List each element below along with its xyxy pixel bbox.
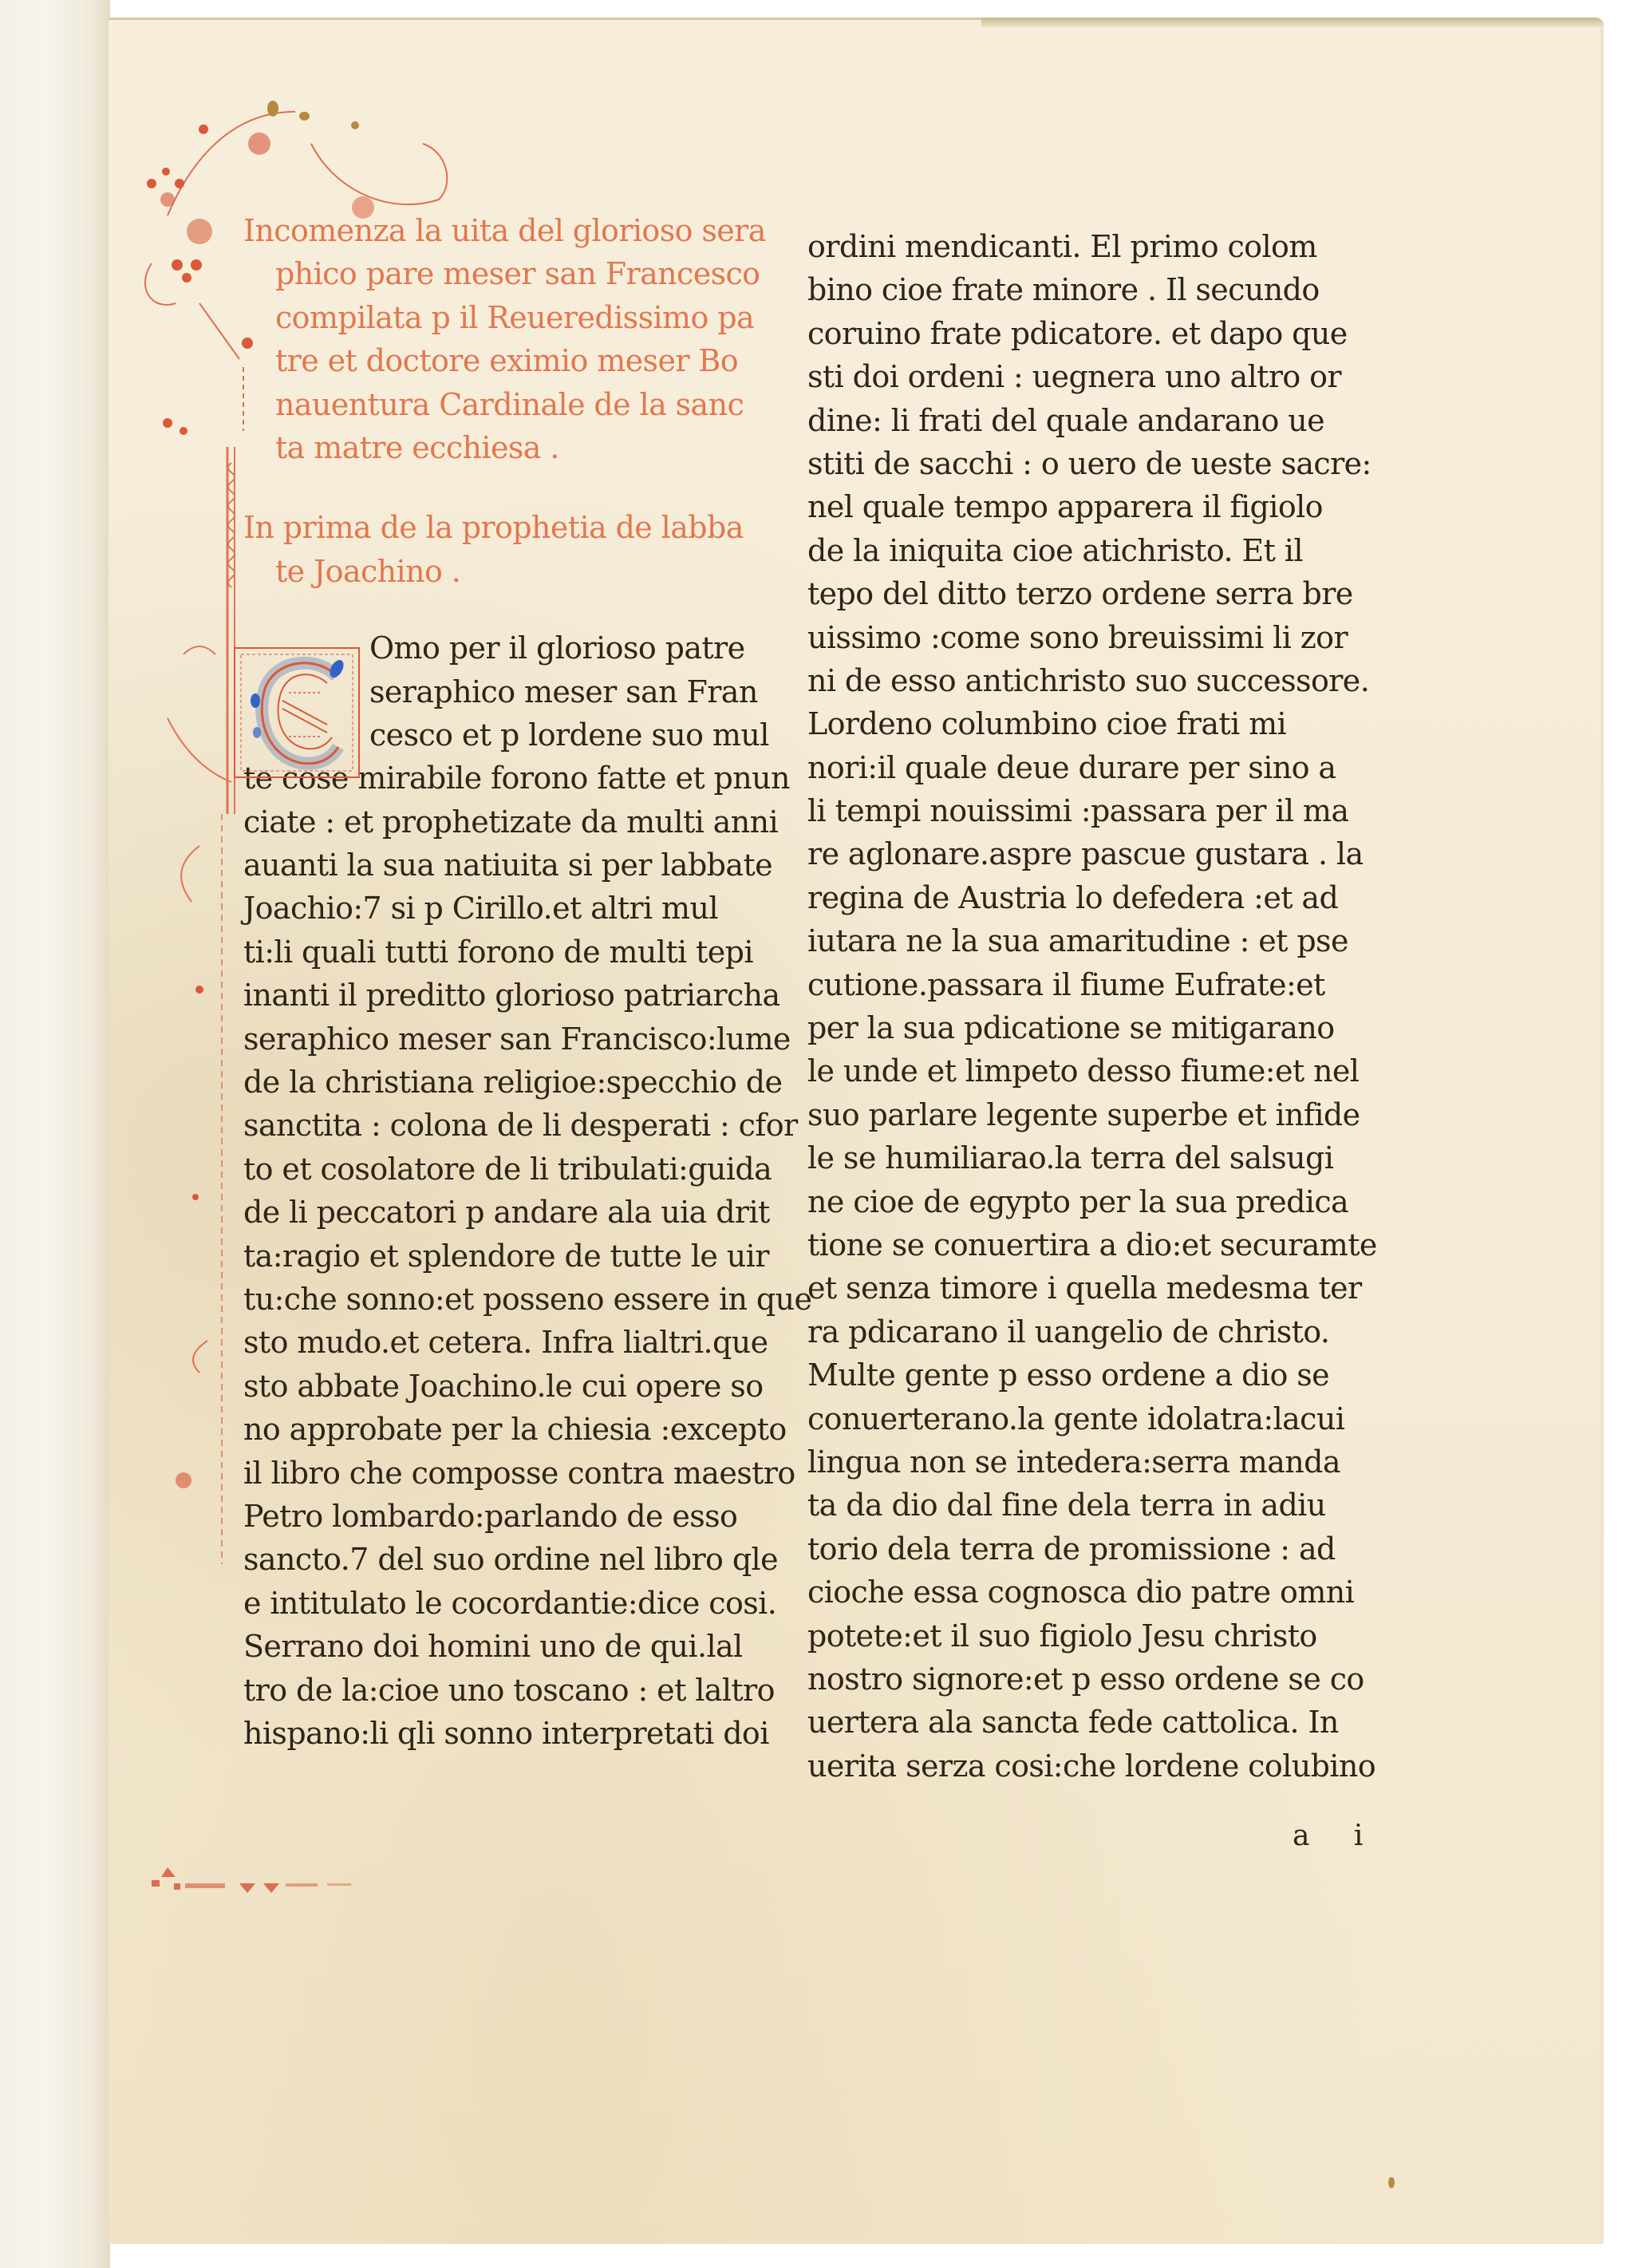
text-line: inanti il preditto glorioso patriarcha (243, 974, 746, 1017)
text-line: tu:che sonno:et posseno essere in que (243, 1278, 746, 1321)
text-line: hispano:li qli sonno interpretati doi (243, 1712, 746, 1755)
wormhole-mark (351, 121, 359, 129)
text-line: sto mudo.et cetera. Infra lialtri.que (243, 1321, 746, 1364)
text-line: sti doi ordeni : uegnera uno altro or (807, 355, 1330, 398)
text-line: conuerterano.la gente idolatra:lacui (807, 1397, 1330, 1440)
text-line: de li peccatori p andare ala uia drit (243, 1191, 746, 1234)
text-line: Joachio:7 si p Cirillo.et altri mul (243, 887, 746, 930)
text-line: de la christiana religioe:specchio de (243, 1061, 746, 1104)
text-line: ta:ragio et splendore de tutte le uir (243, 1235, 746, 1278)
text-line: ta da dio dal fine dela terra in adiu (807, 1484, 1330, 1527)
text-line: ti:li quali tutti forono de multi tepi (243, 931, 746, 974)
text-line: dine: li frati del quale andarano ue (807, 399, 1330, 442)
text-line: Multe gente p esso ordene a dio se (807, 1353, 1330, 1397)
text-line: stiti de sacchi : o uero de ueste sacre: (807, 442, 1330, 485)
text-line: lingua non se intedera:serra manda (807, 1440, 1330, 1484)
text-line: le unde et limpeto desso fiume:et nel (807, 1049, 1330, 1093)
rubric-title-line: ta matre ecchiesa . (243, 426, 746, 469)
text-line: le se humiliarao.la terra del salsugi (807, 1136, 1330, 1179)
text-line: uertera ala sancta fede cattolica. In (807, 1701, 1330, 1744)
text-line: nori:il quale deue durare per sino a (807, 746, 1330, 789)
left-column: Incomenza la uita del glorioso sera phic… (243, 209, 746, 1755)
rubric-chapter-line: te Joachino . (243, 550, 746, 593)
text-line: regina de Austria lo defedera :et ad (807, 876, 1330, 919)
rubric-title-line: compilata p il Reueredissimo pa (243, 296, 746, 339)
text-line: Lordeno columbino cioe frati mi (807, 702, 1330, 745)
rubric-title: Incomenza la uita del glorioso sera phic… (243, 209, 746, 469)
text-line: tro de la:cioe uno toscano : et laltro (243, 1669, 746, 1712)
illuminated-initial (233, 645, 361, 780)
wormhole-mark (1388, 2177, 1395, 2188)
right-column: ordini mendicanti. El primo colom bino c… (807, 225, 1330, 1788)
rubric-chapter-line: In prima de la prophetia de labba (243, 506, 746, 549)
text-line: potete:et il suo figiolo Jesu christo (807, 1614, 1330, 1658)
text-line: suo parlare legente superbe et infide (807, 1093, 1330, 1136)
text-line: li tempi nouissimi :passara per il ma (807, 789, 1330, 832)
text-line: ni de esso antichristo suo successore. (807, 659, 1330, 702)
text-line: auanti la sua natiuita si per labbate (243, 844, 746, 887)
left-body-text: Omo per il glorioso patre seraphico mese… (243, 626, 746, 1755)
signature-mark: a i (1293, 1820, 1380, 1852)
text-line: coruino frate pdicatore. et dapo que (807, 312, 1330, 355)
text-line: ne cioe de egypto per la sua predica (807, 1180, 1330, 1223)
text-line: Serrano doi homini uno de qui.lal (243, 1625, 746, 1668)
wormhole-mark (299, 112, 310, 121)
text-line: nostro signore:et p esso ordene se co (807, 1658, 1330, 1701)
text-line: nel quale tempo apparera il figiolo (807, 485, 1330, 528)
text-line: sto abbate Joachino.le cui opere so (243, 1365, 746, 1408)
text-line: bino cioe frate minore . Il secundo (807, 268, 1330, 311)
initial-c-icon (233, 645, 361, 780)
text-line: cutione.passara il fiume Eufrate:et (807, 963, 1330, 1006)
text-line: no approbate per la chiesia :excepto (243, 1408, 746, 1451)
text-line: per la sua pdicatione se mitigarano (807, 1006, 1330, 1049)
rubric-title-line: Incomenza la uita del glorioso sera (243, 209, 746, 252)
book-gutter (0, 0, 110, 2268)
rubric-title-line: tre et doctore eximio meser Bo (243, 339, 746, 382)
text-line: e intitulato le cocordantie:dice cosi. (243, 1582, 746, 1625)
rubric-title-line: nauentura Cardinale de la sanc (243, 383, 746, 426)
text-line: cioche essa cognosca dio patre omni (807, 1571, 1330, 1614)
text-line: ra pdicarano il uangelio de christo. (807, 1310, 1330, 1353)
text-line: seraphico meser san Francisco:lume (243, 1017, 746, 1061)
page-top-edge (981, 18, 1604, 27)
text-line: sancto.7 del suo ordine nel libro qle (243, 1538, 746, 1581)
text-line: et senza timore i quella medesma ter (807, 1266, 1330, 1310)
rubric-title-line: phico pare meser san Francesco (243, 252, 746, 295)
text-line: to et cosolatore de li tribulati:guida (243, 1148, 746, 1191)
text-line: tione se conuertira a dio:et securamte (807, 1223, 1330, 1266)
rubric-chapter-heading: In prima de la prophetia de labba te Joa… (243, 506, 746, 593)
text-line: ciate : et prophetizate da multi anni (243, 800, 746, 844)
text-line: sanctita : colona de li desperati : cfor (243, 1104, 746, 1147)
text-line: uissimo :come sono breuissimi li zor (807, 616, 1330, 659)
text-line: de la iniquita cioe atichristo. Et il (807, 529, 1330, 572)
text-line: il libro che composse contra maestro (243, 1452, 746, 1495)
text-line: tepo del ditto terzo ordene serra bre (807, 572, 1330, 615)
text-line: uerita serza cosi:che lordene colubino (807, 1744, 1330, 1788)
text-line: re aglonare.aspre pascue gustara . la (807, 832, 1330, 875)
text-line: Petro lombardo:parlando de esso (243, 1495, 746, 1538)
text-line: torio dela terra de promissione : ad (807, 1527, 1330, 1571)
text-line: ordini mendicanti. El primo colom (807, 225, 1330, 268)
text-line: iutara ne la sua amaritudine : et pse (807, 919, 1330, 962)
wormhole-mark (267, 101, 278, 117)
